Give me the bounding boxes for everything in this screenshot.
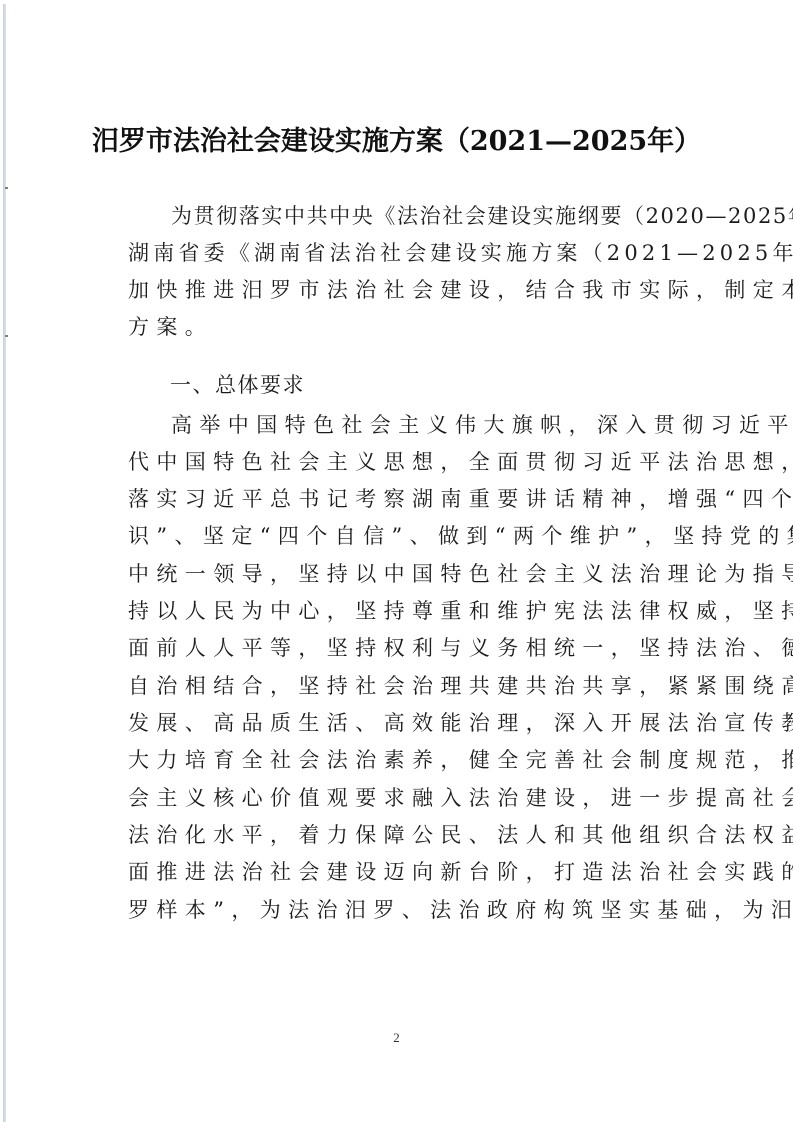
paragraph-line: 高举中国特色社会主义伟大旗帜，深入贯彻习近平新时 xyxy=(171,411,731,439)
paragraph-line: 发展、高品质生活、高效能治理，深入开展法治宣传教育， xyxy=(128,709,688,737)
paragraph-line: 持以人民为中心，坚持尊重和维护宪法法律权威，坚持法律 xyxy=(128,597,688,625)
paragraph-line: 中统一领导，坚持以中国特色社会主义法治理论为指导，坚 xyxy=(128,560,688,588)
scan-edge-line xyxy=(3,4,6,1122)
paragraph-line: 落实习近平总书记考察湖南重要讲话精神，增强“四个意 xyxy=(128,485,688,513)
paragraph-line: 罗样本”，为法治汨罗、法治政府构筑坚实基础，为汨罗经 xyxy=(128,896,688,924)
document-title: 汨罗市法治社会建设实施方案（2021—2025年） xyxy=(0,124,793,160)
scan-edge-mark xyxy=(5,335,8,337)
scan-edge-mark xyxy=(5,187,8,189)
paragraph-line: 法治化水平，着力保障公民、法人和其他组织合法权益，全 xyxy=(128,821,688,849)
paragraph-line: 面前人人平等，坚持权利与义务相统一，坚持法治、德治、 xyxy=(128,634,688,662)
paragraph-line: 会主义核心价值观要求融入法治建设，进一步提高社会治理 xyxy=(128,784,688,812)
paragraph-line: 识”、坚定“四个自信”、做到“两个维护”，坚持党的集 xyxy=(128,522,688,550)
paragraph-line: 为贯彻落实中共中央《法治社会建设实施纲要（2020—2025年）》、 xyxy=(171,202,731,230)
section-heading: 一、总体要求 xyxy=(170,371,305,399)
paragraph-line: 代中国特色社会主义思想，全面贯彻习近平法治思想，认真 xyxy=(128,448,688,476)
paragraph-line: 湖南省委《湖南省法治社会建设实施方案（2021—2025年）》， xyxy=(128,239,688,267)
paragraph-line: 大力培育全社会法治素养，健全完善社会制度规范，推进社 xyxy=(128,746,688,774)
paragraph-line: 方案。 xyxy=(128,313,688,341)
paragraph-line: 加快推进汨罗市法治社会建设，结合我市实际，制定本实施 xyxy=(128,276,688,304)
page-number: 2 xyxy=(0,1030,793,1046)
paragraph-line: 面推进法治社会建设迈向新台阶，打造法治社会实践的“汨 xyxy=(128,858,688,886)
paragraph-line: 自治相结合，坚持社会治理共建共治共享，紧紧围绕高质量 xyxy=(128,672,688,700)
